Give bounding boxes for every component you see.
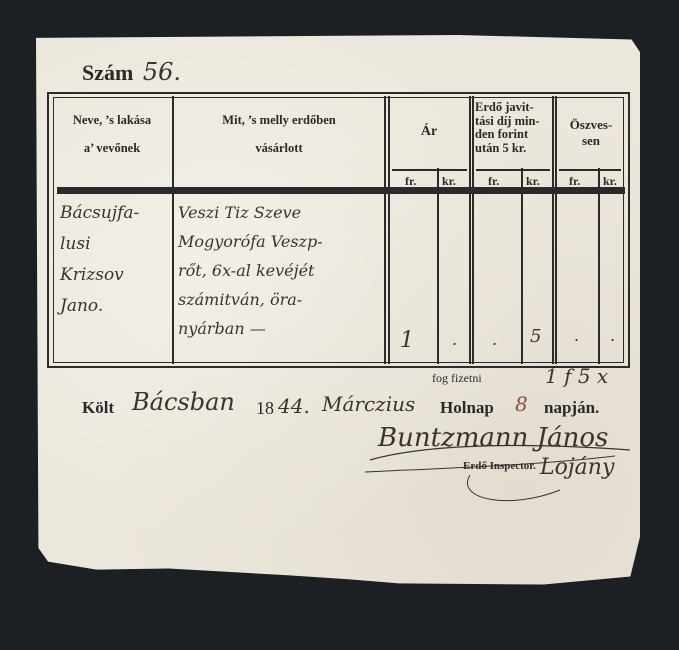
item-line: Veszi Tiz Szeve — [178, 198, 384, 227]
col-divider-fee-b — [555, 96, 557, 364]
issued-label: Költ — [82, 398, 114, 418]
header-buyer: Neve, ’s lakása a’ vevőnek — [54, 106, 170, 162]
header-fee-line2: tási díj min- — [475, 115, 553, 129]
col-divider-buyer — [172, 96, 174, 364]
fee-fr-label: fr. — [488, 174, 499, 189]
buyer-cell: Bácsujfa- lusi Krizsov Jano. — [60, 198, 170, 322]
total-kr-value: . — [610, 326, 615, 345]
year-printed: 18 — [256, 398, 274, 419]
buyer-line: Krizsov — [60, 260, 170, 291]
total-fr-label: fr. — [569, 174, 580, 189]
fee-kr-value: 5 — [530, 326, 541, 347]
col-divider-price-a — [469, 96, 471, 364]
item-cell: Veszi Tiz Szeve Mogyorófa Veszp- rőt, 6x… — [178, 198, 384, 343]
total-kr-label: kr. — [603, 174, 617, 189]
header-fee-line1: Erdő javit- — [475, 101, 553, 115]
day: 8 — [515, 392, 528, 416]
buyer-line: Bácsujfa- — [60, 198, 170, 229]
document-title: Szám 56. — [82, 58, 181, 86]
fee-fr-value: . — [492, 330, 497, 349]
item-line: nyárban — — [178, 314, 384, 343]
col-divider-price-b — [472, 96, 474, 364]
buyer-line: lusi — [60, 229, 170, 260]
day-label: napján. — [544, 398, 599, 418]
title-label: Szám — [82, 60, 133, 85]
pay-amount: 1 f 5 x — [545, 364, 608, 388]
document-number: 56. — [143, 58, 181, 86]
item-line: számitván, öra- — [178, 285, 384, 314]
header-fee-line3: den forint — [475, 128, 553, 142]
header-total-line1: Öszves- — [558, 117, 624, 133]
header-buyer-line2: a’ vevőnek — [54, 134, 170, 162]
fee-kr-label: kr. — [526, 174, 540, 189]
pay-label: fog fizetni — [432, 371, 482, 386]
header-total-line2: sen — [558, 133, 624, 149]
price-fr-label: fr. — [405, 174, 416, 189]
price-fr-kr-divider — [437, 168, 439, 364]
header-repair-fee: Erdő javit- tási díj min- den forint utá… — [475, 101, 553, 155]
col-divider-item-a — [384, 96, 386, 364]
item-line: Mogyorófa Veszp- — [178, 227, 384, 256]
header-item: Mit, ’s melly erdőben vásárlott — [176, 106, 382, 162]
month: Márczius — [322, 392, 415, 416]
total-fr-value: . — [574, 326, 579, 345]
total-fr-kr-divider — [598, 168, 600, 364]
fee-fr-kr-divider — [521, 168, 523, 364]
price-sub-line — [392, 169, 467, 171]
fee-sub-line — [476, 169, 550, 171]
issued-place: Bácsban — [132, 388, 235, 416]
header-buyer-line1: Neve, ’s lakása — [54, 106, 170, 134]
price-fr-value: 1 — [400, 328, 414, 353]
total-sub-line — [559, 169, 621, 171]
header-fee-line4: után 5 kr. — [475, 142, 553, 156]
year-hand: 44. — [278, 394, 310, 418]
month-label: Holnap — [440, 398, 494, 418]
price-kr-label: kr. — [442, 174, 456, 189]
header-item-line1: Mit, ’s melly erdőben — [176, 106, 382, 134]
header-total: Öszves- sen — [558, 117, 624, 149]
signature-flourish-icon — [360, 420, 640, 510]
price-kr-value: . — [452, 330, 457, 349]
header-item-line2: vásárlott — [176, 134, 382, 162]
item-line: rőt, 6x-al kevéjét — [178, 256, 384, 285]
header-price: Ár — [390, 118, 468, 146]
buyer-line: Jano. — [60, 291, 170, 322]
